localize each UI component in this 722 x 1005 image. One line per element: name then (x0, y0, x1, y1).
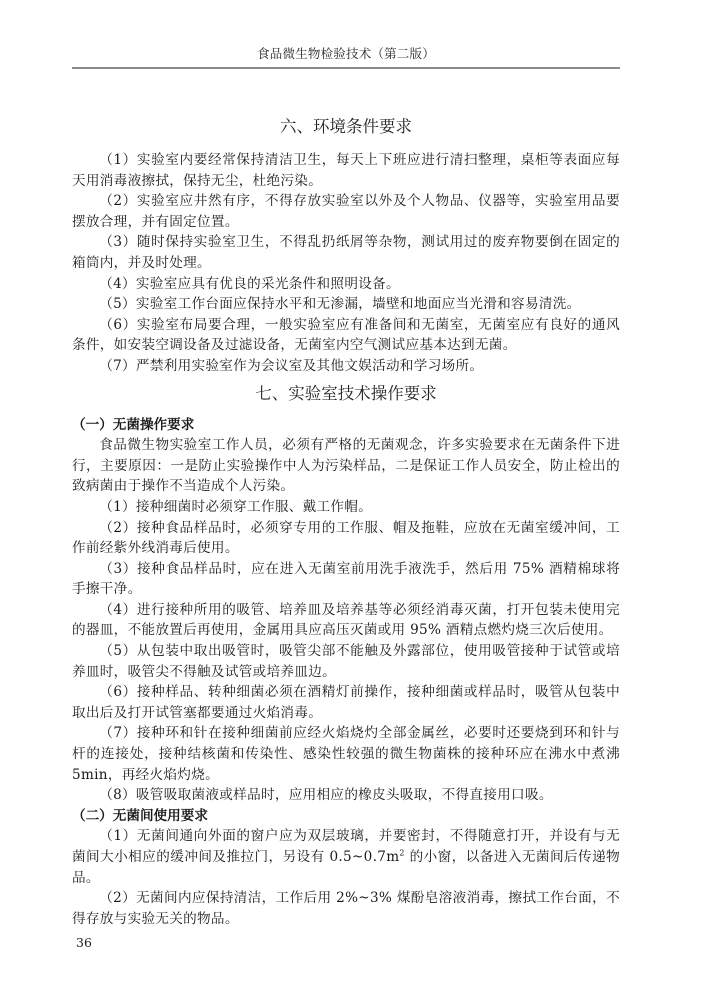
subsection-heading-sterile-room-use: （二）无菌间使用要求 (72, 806, 620, 827)
paragraph: （5）实验室工作台面应保持水平和无渗漏，墙壁和地面应当光滑和容易清洗。 (72, 294, 620, 315)
paragraph: （6）实验室布局要合理，一般实验室应有准备间和无菌室，无菌室应有良好的通风条件，… (72, 315, 620, 356)
section-title-lab-technique: 七、实验室技术操作要求 (72, 379, 620, 409)
paragraph: （1）实验室内要经常保持清洁卫生，每天上下班应进行清扫整理，桌柜等表面应每天用消… (72, 150, 620, 191)
paragraph: （2）接种食品样品时，必须穿专用的工作服、帽及拖鞋，应放在无菌室缓冲间，工作前经… (72, 518, 620, 559)
section-title-environment: 六、环境条件要求 (72, 112, 620, 142)
paragraph: （1）无菌间通向外面的窗户应为双层玻璃，并要密封，不得随意打开，并设有与无菌间大… (72, 826, 620, 888)
paragraph: （1）接种细菌时必须穿工作服、戴工作帽。 (72, 497, 620, 518)
paragraph: （3）接种食品样品时，应在进入无菌室前用洗手液洗手，然后用 75% 酒精棉球将手… (72, 559, 620, 600)
paragraph: （2）实验室应井然有序，不得存放实验室以外及个人物品、仪器等，实验室用品要摆放合… (72, 191, 620, 232)
paragraph: 食品微生物实验室工作人员，必须有严格的无菌观念，许多实验要求在无菌条件下进行，主… (72, 435, 620, 497)
paragraph: （6）接种样品、转种细菌必须在酒精灯前操作，接种细菌或样品时，吸管从包装中取出后… (72, 682, 620, 723)
paragraph: （7）接种环和针在接种细菌前应经火焰烧灼全部金属丝，必要时还要烧到环和针与杆的连… (72, 723, 620, 785)
paragraph: （5）从包装中取出吸管时，吸管尖部不能触及外露部位，使用吸管接种于试管或培养皿时… (72, 641, 620, 682)
paragraph: （7）严禁利用实验室作为会议室及其他文娱活动和学习场所。 (72, 356, 620, 377)
header-rule (72, 67, 620, 69)
body-text: 六、环境条件要求 （1）实验室内要经常保持清洁卫生，每天上下班应进行清扫整理，桌… (72, 112, 620, 929)
paragraph: （3）随时保持实验室卫生，不得乱扔纸屑等杂物，测试用过的废弃物要倒在固定的箱筒内… (72, 232, 620, 273)
paragraph: （4）实验室应具有优良的采光条件和照明设备。 (72, 274, 620, 295)
subsection-heading-aseptic-operation: （一）无菌操作要求 (72, 415, 620, 436)
page-number: 36 (76, 935, 92, 950)
paragraph: （2）无菌间内应保持清洁，工作后用 2%~3% 煤酚皂溶液消毒，擦拭工作台面，不… (72, 888, 620, 929)
paragraph: （4）进行接种所用的吸管、培养皿及培养基等必须经消毒灭菌，打开包装未使用完的器皿… (72, 600, 620, 641)
paragraph: （8）吸管吸取菌液或样品时，应用相应的橡皮头吸取，不得直接用口吸。 (72, 785, 620, 806)
running-header-title: 食品微生物检验技术（第二版） (72, 44, 620, 62)
